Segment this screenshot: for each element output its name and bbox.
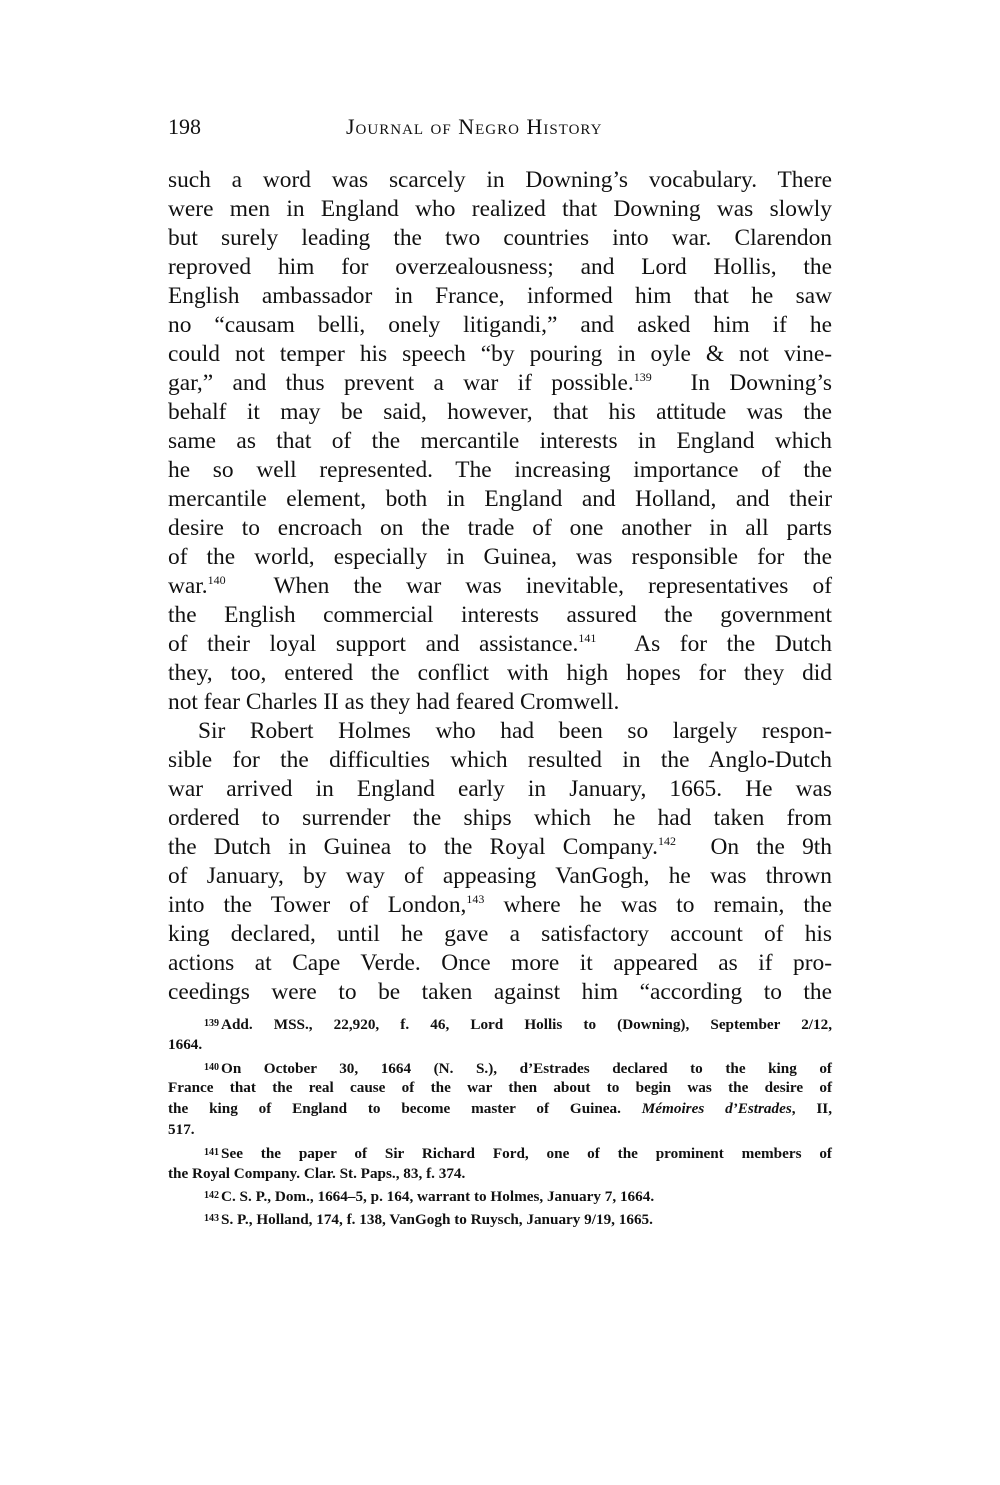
body-text: such a word was scarcely in Downing’s vo… bbox=[168, 166, 832, 1007]
line-text: the Dutch in Guinea to the Royal Company… bbox=[168, 834, 658, 860]
footnote-number: 142 bbox=[204, 1190, 219, 1201]
footnote-line: the king of England to become master of … bbox=[168, 1099, 832, 1120]
footnote-text: the king of England to become master of … bbox=[168, 1100, 621, 1117]
footnote-number: 141 bbox=[204, 1147, 219, 1158]
body-line: he so well represented. The increasing i… bbox=[168, 456, 832, 485]
footnote-line: 1664. bbox=[168, 1035, 832, 1056]
line-text: war. bbox=[168, 573, 208, 599]
page-number: 198 bbox=[168, 114, 201, 140]
line-text: of their loyal support and assistance. bbox=[168, 631, 578, 657]
body-line: of the world, especially in Guinea, was … bbox=[168, 543, 832, 572]
journal-title: Journal of Negro History bbox=[346, 114, 602, 140]
footnote-line: 139Add. MSS., 22,920, f. 46, Lord Hollis… bbox=[168, 1014, 832, 1035]
body-line: the English commercial interests assured… bbox=[168, 601, 832, 630]
footnote-140: 140On October 30, 1664 (N. S.), d’Estrad… bbox=[168, 1058, 832, 1141]
body-line: war arrived in England early in January,… bbox=[168, 775, 832, 804]
footnote-line: 517. bbox=[168, 1120, 832, 1141]
footnote-text: Add. MSS., 22,920, f. 46, Lord Hollis to… bbox=[221, 1016, 832, 1033]
line-text: gar,” and thus prevent a war if possible… bbox=[168, 370, 634, 396]
footnote-142: 142C. S. P., Dom., 1664–5, p. 164, warra… bbox=[168, 1186, 832, 1207]
body-line: war.140 When the war was inevitable, rep… bbox=[168, 572, 832, 601]
footnote-text: On October 30, 1664 (N. S.), d’Estrades … bbox=[221, 1060, 832, 1077]
body-line: such a word was scarcely in Downing’s vo… bbox=[168, 166, 832, 195]
body-line: of their loyal support and assistance.14… bbox=[168, 630, 832, 659]
book-page: 198 Journal of Negro History such a word… bbox=[0, 0, 1000, 1485]
body-line: desire to encroach on the trade of one a… bbox=[168, 514, 832, 543]
footnote-ref-142[interactable]: 142 bbox=[658, 834, 676, 848]
footnotes: 139Add. MSS., 22,920, f. 46, Lord Hollis… bbox=[168, 1014, 832, 1230]
footnote-line: 141See the paper of Sir Richard Ford, on… bbox=[168, 1143, 832, 1164]
body-line: ceedings were to be taken against him “a… bbox=[168, 978, 832, 1007]
body-line: ordered to surrender the ships which he … bbox=[168, 804, 832, 833]
footnote-line: 142C. S. P., Dom., 1664–5, p. 164, warra… bbox=[168, 1186, 832, 1207]
running-head: 198 Journal of Negro History bbox=[168, 114, 832, 144]
footnote-text: See the paper of Sir Richard Ford, one o… bbox=[221, 1145, 832, 1162]
line-text: As for the Dutch bbox=[596, 631, 832, 657]
italic-reference: Mémoires d’Estrades bbox=[642, 1100, 792, 1117]
body-line: gar,” and thus prevent a war if possible… bbox=[168, 369, 832, 398]
line-text: When the war was inevitable, representat… bbox=[226, 573, 832, 599]
body-line: were men in England who realized that Do… bbox=[168, 195, 832, 224]
footnote-line: the Royal Company. Clar. St. Paps., 83, … bbox=[168, 1164, 832, 1185]
body-line: no “causam belli, onely litigandi,” and … bbox=[168, 311, 832, 340]
line-text: In Downing’s bbox=[652, 370, 832, 396]
footnote-line: France that the real cause of the war th… bbox=[168, 1078, 832, 1099]
body-line: reproved him for overzealousness; and Lo… bbox=[168, 253, 832, 282]
line-text: where he was to remain, the bbox=[484, 892, 832, 918]
footnote-line: 140On October 30, 1664 (N. S.), d’Estrad… bbox=[168, 1058, 832, 1079]
body-line: sible for the difficulties which resulte… bbox=[168, 746, 832, 775]
footnote-143: 143S. P., Holland, 174, f. 138, VanGogh … bbox=[168, 1209, 832, 1230]
paragraph-start: Sir Robert Holmes who had been so largel… bbox=[168, 717, 832, 746]
body-line: same as that of the mercantile interests… bbox=[168, 427, 832, 456]
body-line: actions at Cape Verde. Once more it appe… bbox=[168, 949, 832, 978]
footnote-ref-139[interactable]: 139 bbox=[634, 370, 652, 384]
body-line: king declared, until he gave a satisfact… bbox=[168, 920, 832, 949]
footnote-ref-143[interactable]: 143 bbox=[466, 892, 484, 906]
footnote-141: 141See the paper of Sir Richard Ford, on… bbox=[168, 1143, 832, 1185]
body-line: behalf it may be said, however, that his… bbox=[168, 398, 832, 427]
footnote-text: C. S. P., Dom., 1664–5, p. 164, warrant … bbox=[221, 1188, 654, 1205]
body-line: could not temper his speech “by pouring … bbox=[168, 340, 832, 369]
footnote-number: 139 bbox=[204, 1018, 219, 1029]
body-line: into the Tower of London,143 where he wa… bbox=[168, 891, 832, 920]
body-line: but surely leading the two countries int… bbox=[168, 224, 832, 253]
body-line: of January, by way of appeasing VanGogh,… bbox=[168, 862, 832, 891]
line-text: into the Tower of London, bbox=[168, 892, 466, 918]
footnote-number: 140 bbox=[204, 1062, 219, 1073]
body-line: not fear Charles II as they had feared C… bbox=[168, 688, 832, 717]
body-line: they, too, entered the conflict with hig… bbox=[168, 659, 832, 688]
body-line: the Dutch in Guinea to the Royal Company… bbox=[168, 833, 832, 862]
line-text: On the 9th bbox=[676, 834, 832, 860]
body-line: English ambassador in France, informed h… bbox=[168, 282, 832, 311]
body-line: mercantile element, both in England and … bbox=[168, 485, 832, 514]
footnote-line: 143S. P., Holland, 174, f. 138, VanGogh … bbox=[168, 1209, 832, 1230]
footnote-text: S. P., Holland, 174, f. 138, VanGogh to … bbox=[221, 1211, 653, 1228]
footnote-number: 143 bbox=[204, 1213, 219, 1224]
footnote-139: 139Add. MSS., 22,920, f. 46, Lord Hollis… bbox=[168, 1014, 832, 1056]
footnote-text: , II, bbox=[792, 1100, 832, 1117]
footnote-ref-140[interactable]: 140 bbox=[208, 573, 226, 587]
footnote-ref-141[interactable]: 141 bbox=[578, 631, 596, 645]
